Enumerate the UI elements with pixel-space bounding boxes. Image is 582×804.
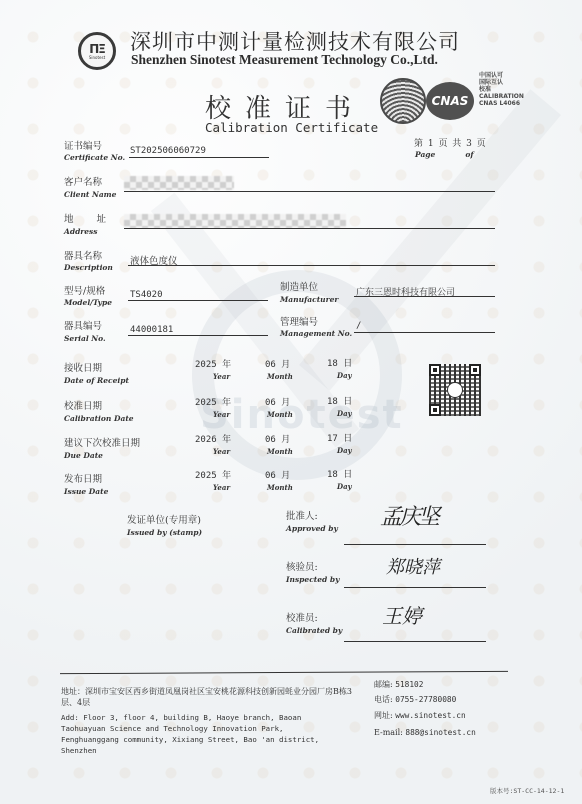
month-unit: 月 <box>281 435 290 445</box>
calibrated-label-cn: 校准员: <box>286 610 318 624</box>
date-label-en: Date of Receipt <box>64 376 129 385</box>
day-label-en: Day <box>337 446 352 455</box>
underline <box>124 191 495 192</box>
year-label-en: Year <box>213 447 230 456</box>
qr-finder <box>429 404 441 416</box>
year-label-en: Year <box>213 483 230 492</box>
description-label-cn: 器具名称 <box>64 248 102 262</box>
client-name-redacted <box>124 176 234 190</box>
model-label-en: Model/Type <box>64 298 112 307</box>
accreditation-line: 校准 <box>479 86 549 93</box>
accreditation-line: CALIBRATION <box>479 93 549 100</box>
description-label-en: Description <box>64 263 113 272</box>
email-label: E-mail: <box>374 728 403 737</box>
address-label-en: Address <box>64 227 97 236</box>
footer-address-en: Add: Floor 3, floor 4, building B, Haoye… <box>61 712 371 756</box>
day-unit: 日 <box>343 359 352 369</box>
month-unit: 月 <box>281 398 290 408</box>
approver-signature: 孟庆坚 <box>380 500 437 531</box>
phone-label: 电话: <box>374 695 393 704</box>
accreditation-line: 中国认可 <box>479 72 549 79</box>
month-value: 06 <box>265 360 276 370</box>
serial-no-label-en: Serial No. <box>64 334 106 343</box>
certificate-no-value: ST202506060729 <box>130 146 206 156</box>
day-value: 18 <box>327 397 338 407</box>
underline <box>128 335 268 336</box>
underline <box>354 296 495 297</box>
day-label-en: Day <box>337 482 352 491</box>
underline <box>128 265 495 266</box>
month-label-en: Month <box>267 447 293 456</box>
month-label-en: Month <box>267 483 293 492</box>
qr-logo-icon <box>447 382 463 398</box>
page-label: Page <box>415 150 435 159</box>
month-label-en: Month <box>267 372 293 381</box>
postcode: 邮编: 518102 <box>374 679 423 690</box>
cnas-badge-icon: CNAS <box>426 82 474 120</box>
day-unit: 日 <box>343 397 352 407</box>
footer-address-cn: 地址：深圳市宝安区西乡街道凤凰岗社区宝安桃花源科技创新园蚝业分园厂房B栋3层、4… <box>61 686 361 708</box>
date-label-cn: 建议下次校准日期 <box>64 435 140 449</box>
day-unit: 日 <box>343 434 352 444</box>
year-unit: 年 <box>222 360 231 370</box>
management-no-label-cn: 管理编号 <box>280 314 318 328</box>
postcode-label: 邮编: <box>374 680 393 689</box>
inspected-label-cn: 核验员: <box>286 559 318 573</box>
serial-no-value: 44000181 <box>130 325 173 335</box>
underline <box>124 228 495 229</box>
signature-line <box>344 544 486 545</box>
email-link[interactable]: 888@sinotest.cn <box>405 728 475 737</box>
manufacturer-label-cn: 制造单位 <box>280 279 318 293</box>
company-name-en: Shenzhen Sinotest Measurement Technology… <box>131 52 438 68</box>
day-value: 18 <box>327 470 338 480</box>
email: E-mail: 888@sinotest.cn <box>374 728 476 737</box>
year-label-en: Year <box>213 410 230 419</box>
website-label: 网址: <box>374 711 393 720</box>
management-no-label-en: Management No. <box>280 329 352 338</box>
date-label-cn: 接收日期 <box>64 360 102 374</box>
qr-finder <box>429 364 441 376</box>
qr-code-icon[interactable] <box>429 364 481 416</box>
calibrated-label-en: Calibrated by <box>286 626 342 635</box>
year-unit: 年 <box>222 471 231 481</box>
certificate-page: Sinotest ΠΞ Sinotest 深圳市中测计量检测技术有限公司 She… <box>0 0 582 804</box>
accreditation-line: CNAS L4066 <box>479 100 549 107</box>
approved-label-en: Approved by <box>286 524 338 533</box>
client-name-label-en: Client Name <box>64 190 116 199</box>
underline <box>129 157 269 158</box>
date-label-en: Issue Date <box>64 487 108 496</box>
postcode-value: 518102 <box>395 680 423 689</box>
model-label-cn: 型号/规格 <box>64 283 105 297</box>
phone: 电话: 0755-27780080 <box>374 694 456 705</box>
day-value: 18 <box>327 359 338 369</box>
document-title-en: Calibration Certificate <box>205 120 378 135</box>
of-label: of <box>465 150 473 159</box>
day-unit: 日 <box>343 470 352 480</box>
certificate-no-label-cn: 证书编号 <box>64 138 102 152</box>
faint-stamp <box>122 530 222 560</box>
accreditation-line: 国际互认 <box>479 79 549 86</box>
underline <box>354 332 495 333</box>
certificate-no-label-en: Certificate No. <box>64 153 125 162</box>
page-indicator-cn: 第 1 页 共 3 页 <box>414 136 487 149</box>
logo-mark: ΠΞ <box>89 43 105 55</box>
approved-label-cn: 批准人: <box>286 508 318 522</box>
year-unit: 年 <box>222 435 231 445</box>
signature-line <box>344 641 486 642</box>
month-value: 06 <box>265 398 276 408</box>
version-number: 版本号:ST-CC-14-12-1 <box>490 786 564 795</box>
date-label-en: Due Date <box>64 451 103 460</box>
calibrator-signature: 王婷 <box>382 600 422 629</box>
inspected-label-en: Inspected by <box>286 575 339 584</box>
website-link[interactable]: www.sinotest.cn <box>395 711 465 720</box>
month-value: 06 <box>265 435 276 445</box>
date-label-cn: 发布日期 <box>64 471 102 485</box>
address-label-cn: 地 址 <box>64 211 116 225</box>
date-label-cn: 校准日期 <box>64 398 102 412</box>
inspector-signature: 郑晓萍 <box>386 553 440 579</box>
phone-value: 0755-27780080 <box>395 695 456 704</box>
month-unit: 月 <box>281 360 290 370</box>
month-value: 06 <box>265 471 276 481</box>
issuer-label-cn: 发证单位(专用章) <box>127 512 201 526</box>
model-value: TS4020 <box>130 290 163 300</box>
accreditation-text: 中国认可 国际互认 校准 CALIBRATION CNAS L4066 <box>479 72 549 107</box>
qr-finder <box>469 364 481 376</box>
management-no-value: / <box>356 321 361 331</box>
page-indicator-en: Pageof <box>415 150 474 159</box>
month-unit: 月 <box>281 471 290 481</box>
year-unit: 年 <box>222 398 231 408</box>
day-label-en: Day <box>337 371 352 380</box>
date-label-en: Calibration Date <box>64 414 134 423</box>
address-redacted <box>124 214 346 228</box>
signature-line <box>344 587 486 588</box>
year-label-en: Year <box>213 372 230 381</box>
day-value: 17 <box>327 434 338 444</box>
year-value: 2026 <box>195 435 217 445</box>
year-value: 2025 <box>195 471 217 481</box>
year-value: 2025 <box>195 398 217 408</box>
logo-text: Sinotest <box>89 55 105 60</box>
company-logo-icon: ΠΞ Sinotest <box>78 32 116 70</box>
website: 网址: www.sinotest.cn <box>374 710 466 721</box>
day-label-en: Day <box>337 409 352 418</box>
month-label-en: Month <box>267 410 293 419</box>
underline <box>128 300 268 301</box>
serial-no-label-cn: 器具编号 <box>64 318 102 332</box>
year-value: 2025 <box>195 360 217 370</box>
manufacturer-label-en: Manufacturer <box>280 295 338 304</box>
ilac-seal-icon <box>380 78 426 124</box>
client-name-label-cn: 客户名称 <box>64 174 102 188</box>
